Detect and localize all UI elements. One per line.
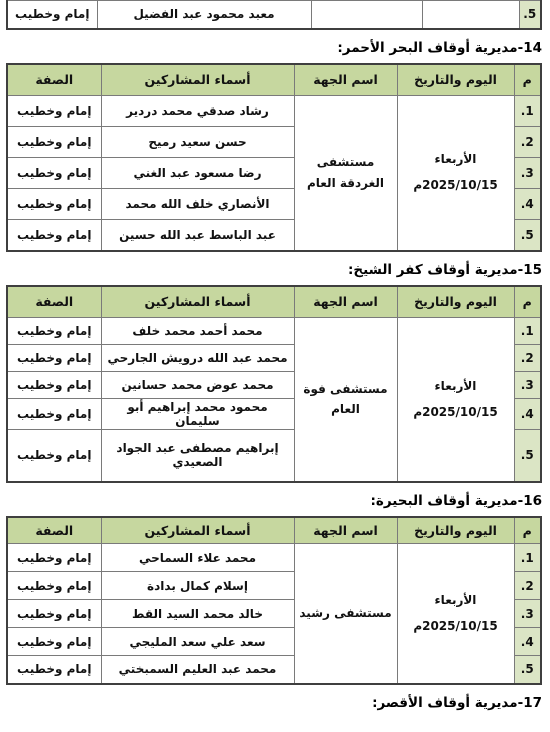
participant-name-cell: محمد علاء السماحي [101,544,294,572]
participant-name-cell: عبد الباسط عبد الله حسين [101,220,294,251]
participant-name-cell: خالد محمد السيد القط [101,600,294,628]
participant-name-cell: رضا مسعود عبد الغني [101,158,294,189]
day-label: الأربعاء [401,150,511,169]
role-cell: إمام وخطيب [7,158,101,189]
table-row: 5. معبد محمود عبد الفضيل إمام وخطيب [7,1,541,29]
column-header-num: م [514,286,541,318]
role-cell: إمام وخطيب [7,600,101,628]
header-row: ماليوم والتاريخاسم الجهةأسماء المشاركينا… [7,286,541,318]
role-cell: إمام وخطيب [7,372,101,399]
column-header-entity: اسم الجهة [294,64,397,96]
participant-name-cell: محمد عبد الله درويش الجارحي [101,345,294,372]
participant-name-cell: الأنصاري خلف الله محمد [101,189,294,220]
column-header-participants: أسماء المشاركين [101,517,294,544]
role-cell: إمام وخطيب [7,544,101,572]
row-number-cell: 5. [514,430,541,482]
entity-name-cell: مستشفى رشيد [294,544,397,684]
role-cell: إمام وخطيب [7,399,101,430]
day-date-cell: الأربعاء2025/10/15م [397,544,514,684]
date-label: 2025/10/15م [401,403,511,422]
participant-name-cell: محمد أحمد محمد خلف [101,318,294,345]
section-heading: 16-مديرية أوقاف البحيرة: [8,493,542,509]
header-row: ماليوم والتاريخاسم الجهةأسماء المشاركينا… [7,64,541,96]
column-header-num: م [514,517,541,544]
column-header-day_date: اليوم والتاريخ [397,286,514,318]
day-label: الأربعاء [401,591,511,610]
row-number-cell: 5. [514,656,541,684]
row-number-cell: 1. [514,318,541,345]
row-number-cell: 3. [514,600,541,628]
date-label: 2025/10/15م [401,617,511,636]
row-number-cell: 2. [514,345,541,372]
role-cell: إمام وخطيب [7,189,101,220]
row-number-cell: 2. [514,572,541,600]
directorate-table: ماليوم والتاريخاسم الجهةأسماء المشاركينا… [6,285,542,483]
date-label: 2025/10/15م [401,176,511,195]
role-cell: إمام وخطيب [7,572,101,600]
participant-name-cell: إسلام كمال بدادة [101,572,294,600]
participant-name-cell: معبد محمود عبد الفضيل [97,1,311,29]
row-number-cell: 2. [514,127,541,158]
directorate-table: ماليوم والتاريخاسم الجهةأسماء المشاركينا… [6,63,542,252]
table-row: 1.الأربعاء2025/10/15ممستشفى رشيدمحمد علا… [7,544,541,572]
row-number-cell: 1. [514,544,541,572]
column-header-num: م [514,64,541,96]
role-cell: إمام وخطيب [7,430,101,482]
day-date-cell [422,1,519,29]
participant-name-cell: سعد علي سعد المليجي [101,628,294,656]
participant-name-cell: محمد عوض محمد حسانين [101,372,294,399]
column-header-entity: اسم الجهة [294,286,397,318]
participant-name-cell: محمد عبد العليم السمبختي [101,656,294,684]
participant-name-cell: رشاد صدقي محمد دردير [101,96,294,127]
role-cell: إمام وخطيب [7,656,101,684]
column-header-role: الصفة [7,517,101,544]
column-header-participants: أسماء المشاركين [101,64,294,96]
role-cell: إمام وخطيب [7,628,101,656]
entity-name-cell: مستشفى الغردقة العام [294,96,397,251]
row-number-cell: 5. [514,220,541,251]
sections-container: 14-مديرية أوقاف البحر الأحمر:ماليوم والت… [8,40,542,685]
row-number-cell: 4. [514,189,541,220]
participant-name-cell: إبراهيم مصطفى عبد الجواد الصعيدي [101,430,294,482]
row-number-cell: 1. [514,96,541,127]
column-header-role: الصفة [7,286,101,318]
participant-name-cell: حسن سعيد رميح [101,127,294,158]
entity-name-cell: مستشفى فوة العام [294,318,397,482]
column-header-participants: أسماء المشاركين [101,286,294,318]
day-date-cell: الأربعاء2025/10/15م [397,96,514,251]
role-cell: إمام وخطيب [7,96,101,127]
role-cell: إمام وخطيب [7,220,101,251]
row-number-cell: 3. [514,372,541,399]
table-row: 1.الأربعاء2025/10/15ممستشفى الغردقة العا… [7,96,541,127]
day-date-cell: الأربعاء2025/10/15م [397,318,514,482]
document-page: 5. معبد محمود عبد الفضيل إمام وخطيب 14-م… [0,0,550,732]
role-cell: إمام وخطيب [7,127,101,158]
directorate-table: ماليوم والتاريخاسم الجهةأسماء المشاركينا… [6,516,542,685]
column-header-entity: اسم الجهة [294,517,397,544]
day-label: الأربعاء [401,377,511,396]
column-header-day_date: اليوم والتاريخ [397,517,514,544]
entity-cell [311,1,422,29]
section-heading: 14-مديرية أوقاف البحر الأحمر: [8,40,542,56]
column-header-day_date: اليوم والتاريخ [397,64,514,96]
role-cell: إمام وخطيب [7,318,101,345]
partial-table: 5. معبد محمود عبد الفضيل إمام وخطيب [6,0,542,30]
role-cell: إمام وخطيب [7,1,97,29]
row-number-cell: 4. [514,628,541,656]
section-heading: 15-مديرية أوقاف كفر الشيخ: [8,262,542,278]
participant-name-cell: محمود محمد إبراهيم أبو سليمان [101,399,294,430]
row-number-cell: 3. [514,158,541,189]
table-row: 1.الأربعاء2025/10/15ممستشفى فوة العاممحم… [7,318,541,345]
section-heading-luxor: 17-مديرية أوقاف الأقصر: [8,695,542,711]
row-number-cell: 4. [514,399,541,430]
role-cell: إمام وخطيب [7,345,101,372]
header-row: ماليوم والتاريخاسم الجهةأسماء المشاركينا… [7,517,541,544]
column-header-role: الصفة [7,64,101,96]
row-number-cell: 5. [519,1,541,29]
